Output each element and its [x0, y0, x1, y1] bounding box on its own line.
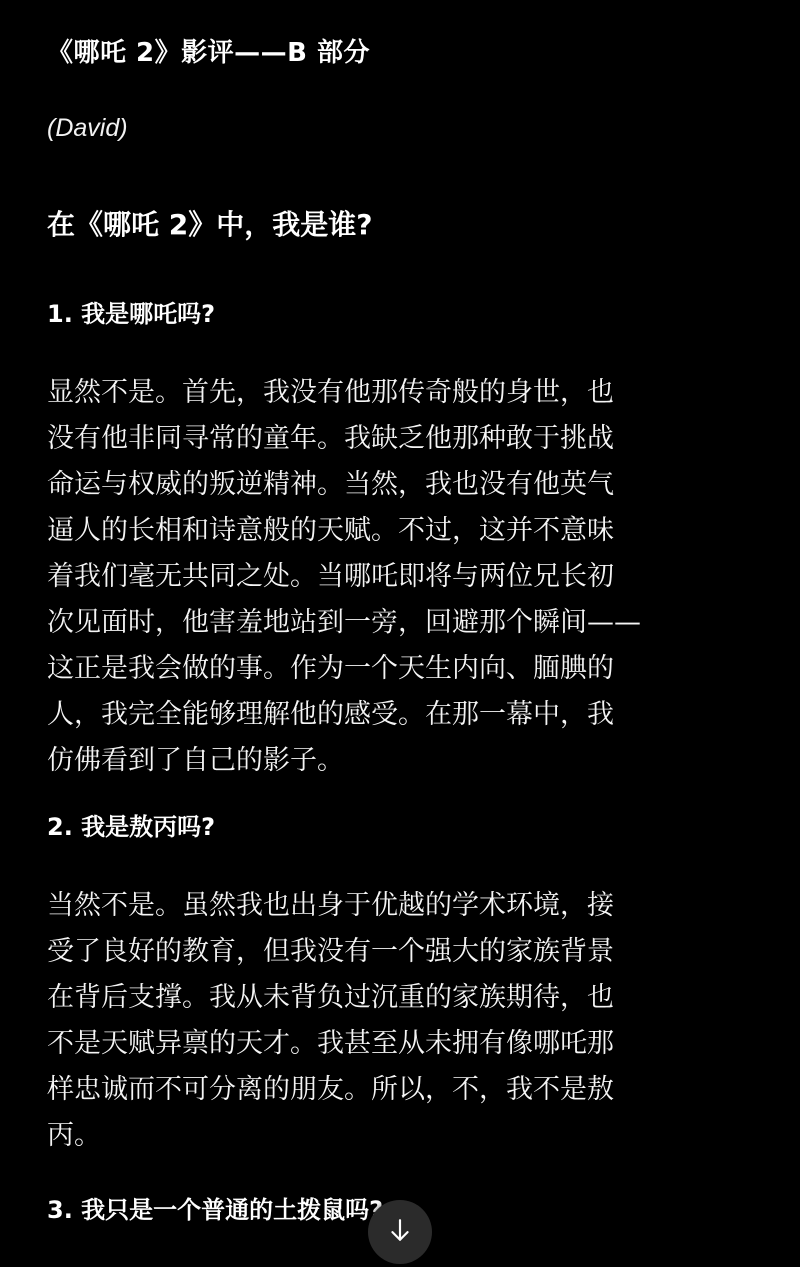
- paragraph-line: 仿佛看到了自己的影子。: [47, 738, 767, 784]
- paragraph-line: 命运与权威的叛逆精神。当然，我也没有他英气: [47, 462, 767, 508]
- paragraph-line: 这正是我会做的事。作为一个天生内向、腼腆的: [47, 646, 767, 692]
- paragraph-line: 在背后支撑。我从未背负过沉重的家族期待，也: [47, 975, 767, 1021]
- paragraph-line: 受了良好的教育，但我没有一个强大的家族背景: [47, 929, 767, 975]
- section-1-paragraph: 显然不是。首先，我没有他那传奇般的身世，也 没有他非同寻常的童年。我缺乏他那种敢…: [47, 370, 767, 784]
- paragraph-line: 丙。: [47, 1113, 767, 1159]
- paragraph-line: 人，我完全能够理解他的感受。在那一幕中，我: [47, 692, 767, 738]
- section-1-heading: 1. 我是哪吒吗?: [47, 294, 215, 329]
- document-title: 《哪吒 2》影评——B 部分: [47, 32, 370, 69]
- arrow-down-icon: [387, 1217, 413, 1247]
- paragraph-line: 显然不是。首先，我没有他那传奇般的身世，也: [47, 370, 767, 416]
- paragraph-line: 着我们毫无共同之处。当哪吒即将与两位兄长初: [47, 554, 767, 600]
- scroll-to-bottom-button[interactable]: [368, 1200, 432, 1264]
- paragraph-line: 不是天赋异禀的天才。我甚至从未拥有像哪吒那: [47, 1021, 767, 1067]
- section-3-heading: 3. 我只是一个普通的土拨鼠吗?: [47, 1190, 383, 1225]
- author-name: (David): [47, 114, 128, 143]
- paragraph-line: 当然不是。虽然我也出身于优越的学术环境，接: [47, 883, 767, 929]
- section-2-heading: 2. 我是敖丙吗?: [47, 807, 215, 842]
- paragraph-line: 没有他非同寻常的童年。我缺乏他那种敢于挑战: [47, 416, 767, 462]
- paragraph-line: 次见面时，他害羞地站到一旁，回避那个瞬间——: [47, 600, 767, 646]
- paragraph-line: 逼人的长相和诗意般的天赋。不过，这并不意味: [47, 508, 767, 554]
- section-2-paragraph: 当然不是。虽然我也出身于优越的学术环境，接 受了良好的教育，但我没有一个强大的家…: [47, 883, 767, 1159]
- main-heading: 在《哪吒 2》中，我是谁?: [47, 203, 372, 243]
- paragraph-line: 样忠诚而不可分离的朋友。所以，不，我不是敖: [47, 1067, 767, 1113]
